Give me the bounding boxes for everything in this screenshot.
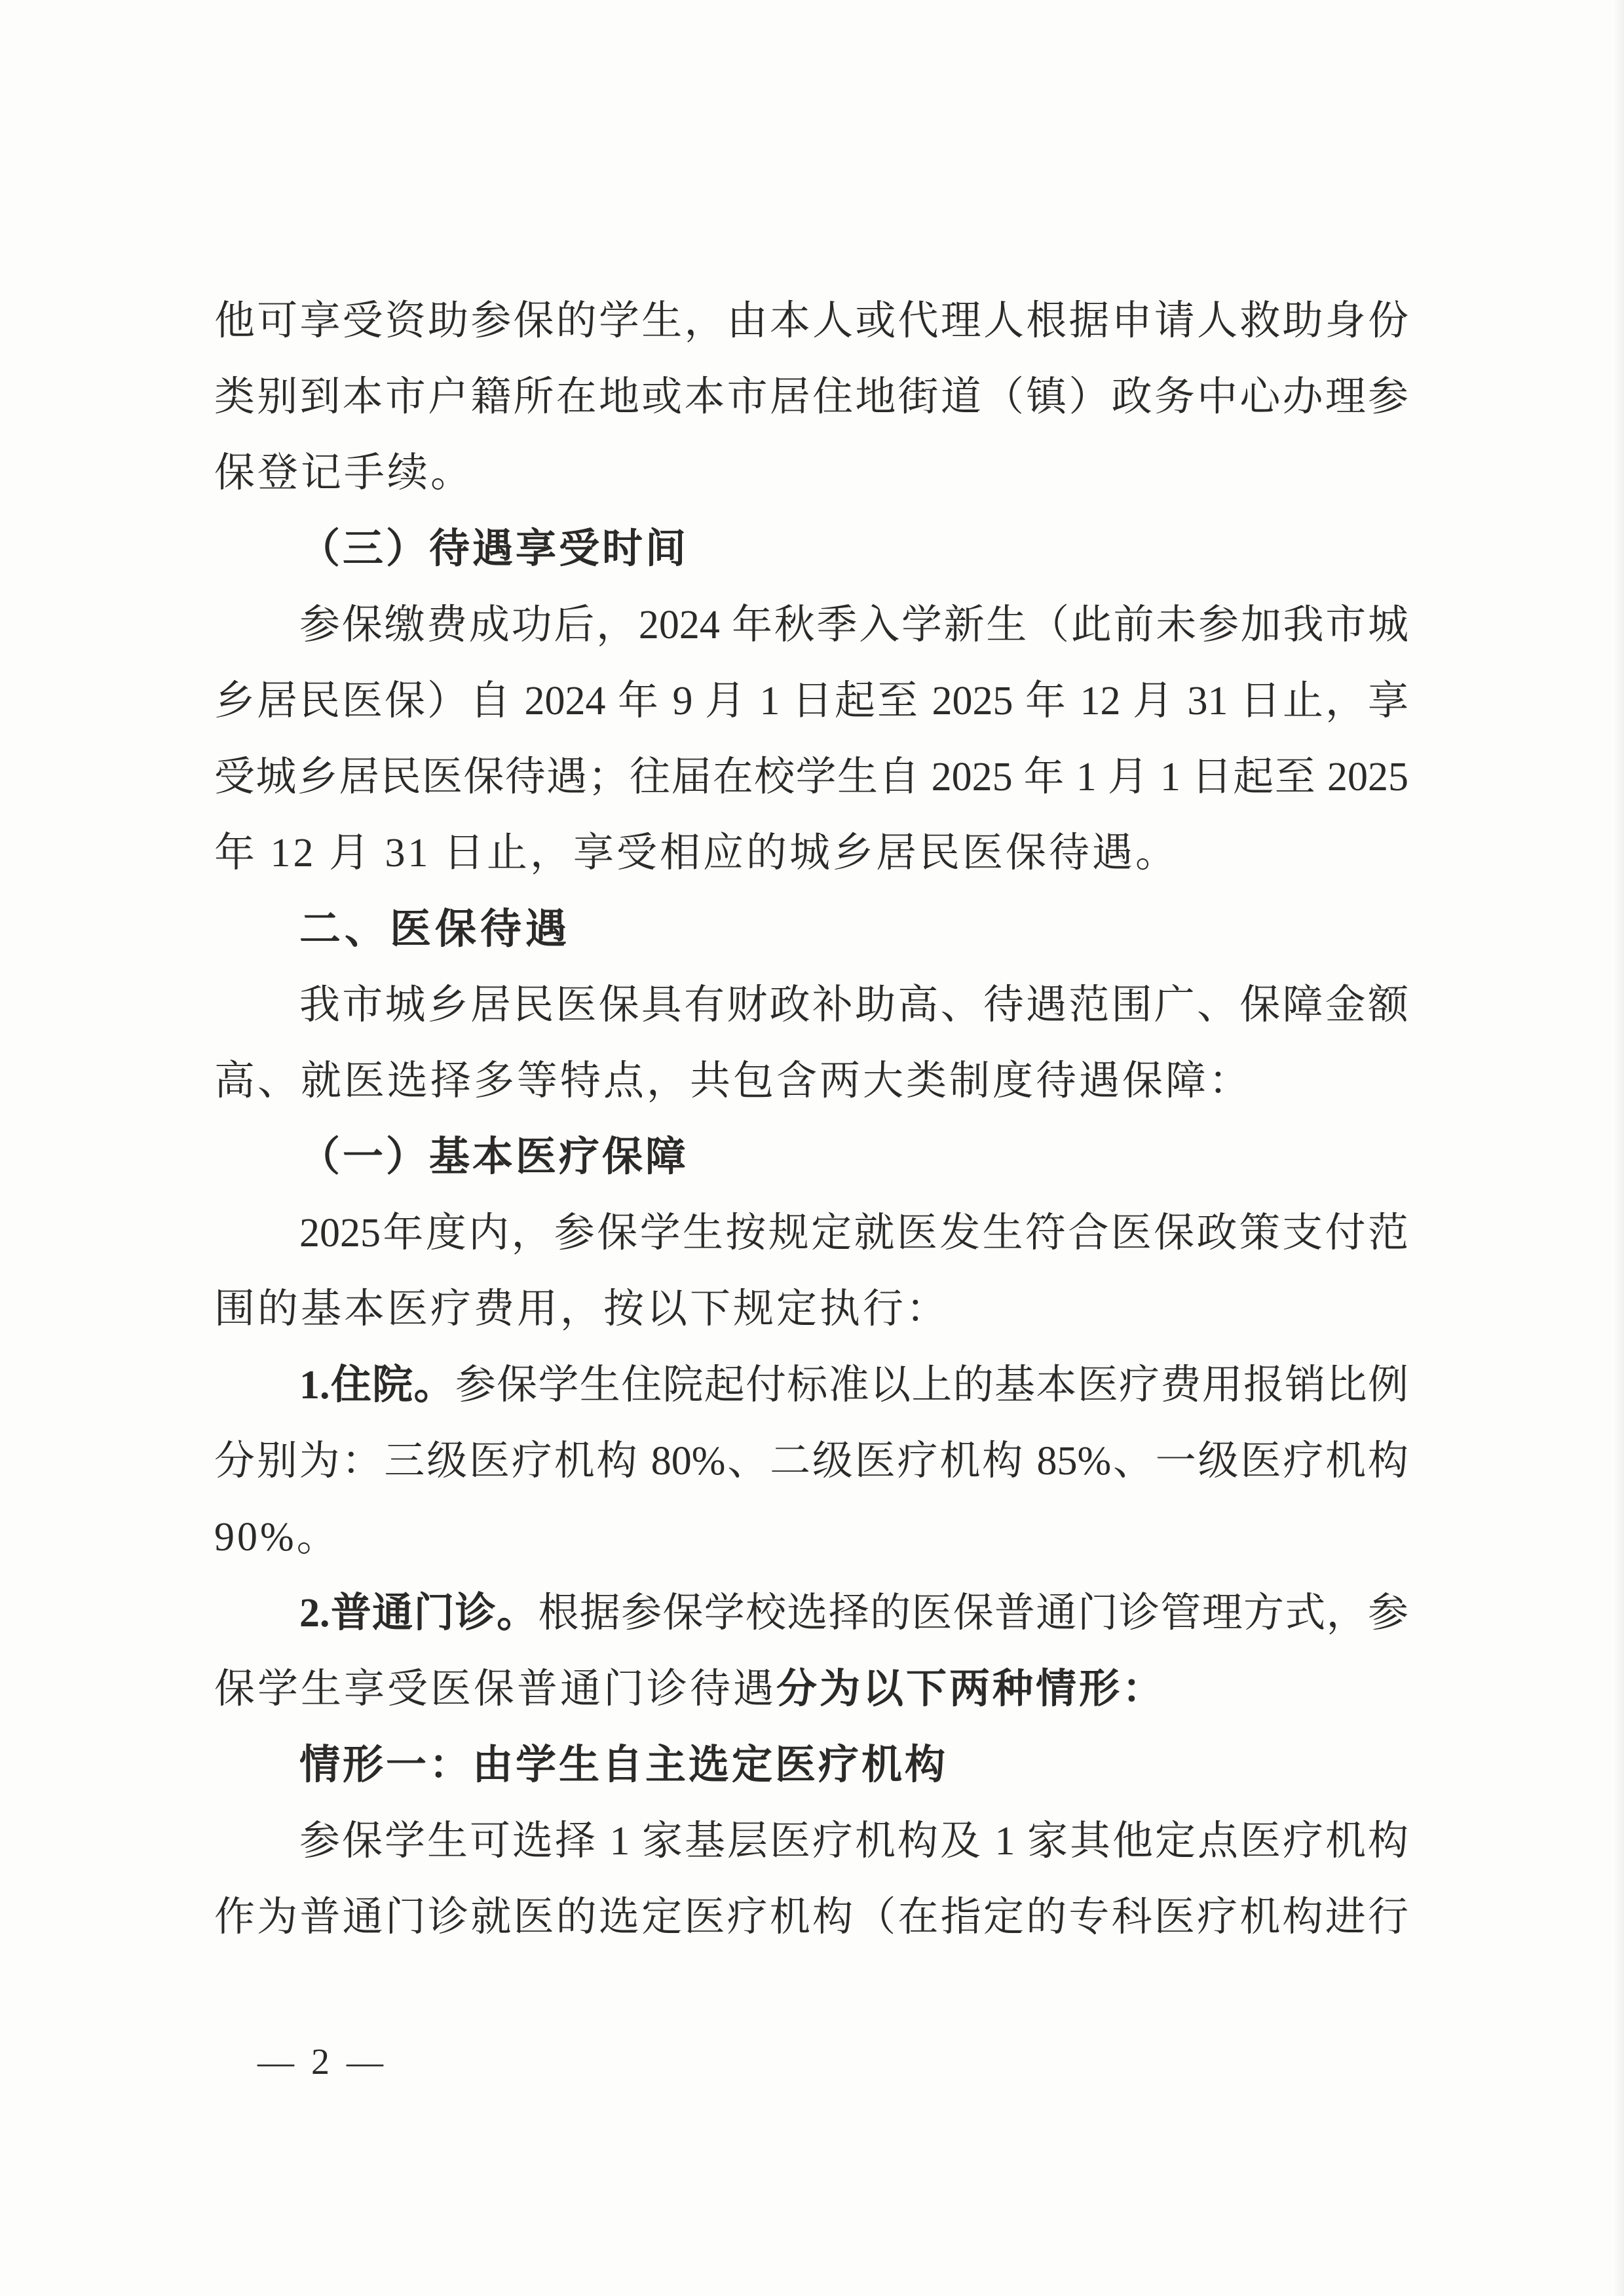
body-line-outpatient: 2.普通门诊。根据参保学校选择的医保普通门诊管理方式，参 [214,1575,1408,1651]
text-segment: 根据参保学校选择的医保普通门诊管理方式，参 [538,1591,1408,1636]
text-segment: 他可享受资助参保的学生，由本人或代理人根据申请人救助身份 [214,299,1408,343]
body-line: 保学生享受医保普通门诊待遇分为以下两种情形： [214,1651,1408,1727]
heading-line-basic-medical-security: （一）基本医疗保障 [214,1119,1408,1195]
text-segment: 受城乡居民医保待遇；往届在校学生自 2025 年 1 月 1 日起至 2025 [214,755,1408,799]
heading-line-scenario-one: 情形一：由学生自主选定医疗机构 [214,1727,1408,1803]
text-segment: 分别为：三级医疗机构 80%、二级医疗机构 85%、一级医疗机构 [214,1439,1408,1483]
text-segment: 分为以下两种情形： [776,1667,1165,1712]
text-segment: 1.住院。 [299,1363,455,1407]
scanned-document-page: 他可享受资助参保的学生，由本人或代理人根据申请人救助身份 类别到本市户籍所在地或… [0,0,1624,2296]
text-segment: 乡居民医保）自 2024 年 9 月 1 日起至 2025 年 12 月 31 … [214,679,1408,723]
body-line: 他可享受资助参保的学生，由本人或代理人根据申请人救助身份 [214,283,1408,359]
body-line: 乡居民医保）自 2024 年 9 月 1 日起至 2025 年 12 月 31 … [214,663,1408,739]
text-segment: 二、医保待遇 [299,906,571,952]
body-line: 作为普通门诊就医的选定医疗机构（在指定的专科医疗机构进行 [214,1879,1408,1955]
text-segment: 高、就医选择多等特点，共包含两大类制度待遇保障： [214,1059,1252,1103]
text-segment: 90%。 [214,1515,340,1559]
text-segment: 2.普通门诊。 [299,1591,538,1636]
body-line: 类别到本市户籍所在地或本市居住地街道（镇）政务中心办理参 [214,359,1408,435]
body-line: 参保学生可选择 1 家基层医疗机构及 1 家其他定点医疗机构 [214,1803,1408,1879]
body-line: 参保缴费成功后，2024 年秋季入学新生（此前未参加我市城 [214,587,1408,663]
text-segment: 情形一：由学生自主选定医疗机构 [299,1743,948,1788]
body-line: 高、就医选择多等特点，共包含两大类制度待遇保障： [214,1043,1408,1119]
body-line: 分别为：三级医疗机构 80%、二级医疗机构 85%、一级医疗机构 [214,1423,1408,1499]
body-line: 受城乡居民医保待遇；往届在校学生自 2025 年 1 月 1 日起至 2025 [214,739,1408,815]
heading-line-treatment-time: （三）待遇享受时间 [214,511,1408,587]
text-segment: 2025年度内，参保学生按规定就医发生符合医保政策支付范 [299,1211,1408,1255]
heading-line-medical-benefits: 二、医保待遇 [214,891,1408,967]
text-segment: 保学生享受医保普通门诊待遇 [214,1667,776,1712]
page-number: — 2 — [257,2024,387,2100]
body-line: 围的基本医疗费用，按以下规定执行： [214,1271,1408,1347]
text-segment: （三）待遇享受时间 [299,527,689,571]
text-segment: 参保缴费成功后，2024 年秋季入学新生（此前未参加我市城 [299,603,1408,647]
text-segment: （一）基本医疗保障 [299,1135,689,1179]
body-line: 2025年度内，参保学生按规定就医发生符合医保政策支付范 [214,1195,1408,1271]
body-line: 90%。 [214,1499,1408,1575]
text-segment: 年 12 月 31 日止，享受相应的城乡居民医保待遇。 [214,831,1179,875]
body-line: 保登记手续。 [214,435,1408,511]
body-line-hospitalization: 1.住院。参保学生住院起付标准以上的基本医疗费用报销比例 [214,1347,1408,1423]
text-segment: 参保学生可选择 1 家基层医疗机构及 1 家其他定点医疗机构 [299,1819,1408,1864]
text-segment: 类别到本市户籍所在地或本市居住地街道（镇）政务中心办理参 [214,375,1408,419]
body-line: 年 12 月 31 日止，享受相应的城乡居民医保待遇。 [214,815,1408,891]
text-segment: 保登记手续。 [214,451,474,495]
body-line: 我市城乡居民医保具有财政补助高、待遇范围广、保障金额 [214,967,1408,1043]
text-segment: 围的基本医疗费用，按以下规定执行： [214,1287,949,1331]
text-segment: 我市城乡居民医保具有财政补助高、待遇范围广、保障金额 [299,983,1408,1027]
text-segment: 参保学生住院起付标准以上的基本医疗费用报销比例 [455,1363,1408,1407]
text-segment: 作为普通门诊就医的选定医疗机构（在指定的专科医疗机构进行 [214,1895,1408,1940]
document-body: 他可享受资助参保的学生，由本人或代理人根据申请人救助身份 类别到本市户籍所在地或… [214,283,1408,1955]
scan-edge-artifact [1614,0,1624,2296]
page-number-label: — 2 — [257,2042,387,2082]
